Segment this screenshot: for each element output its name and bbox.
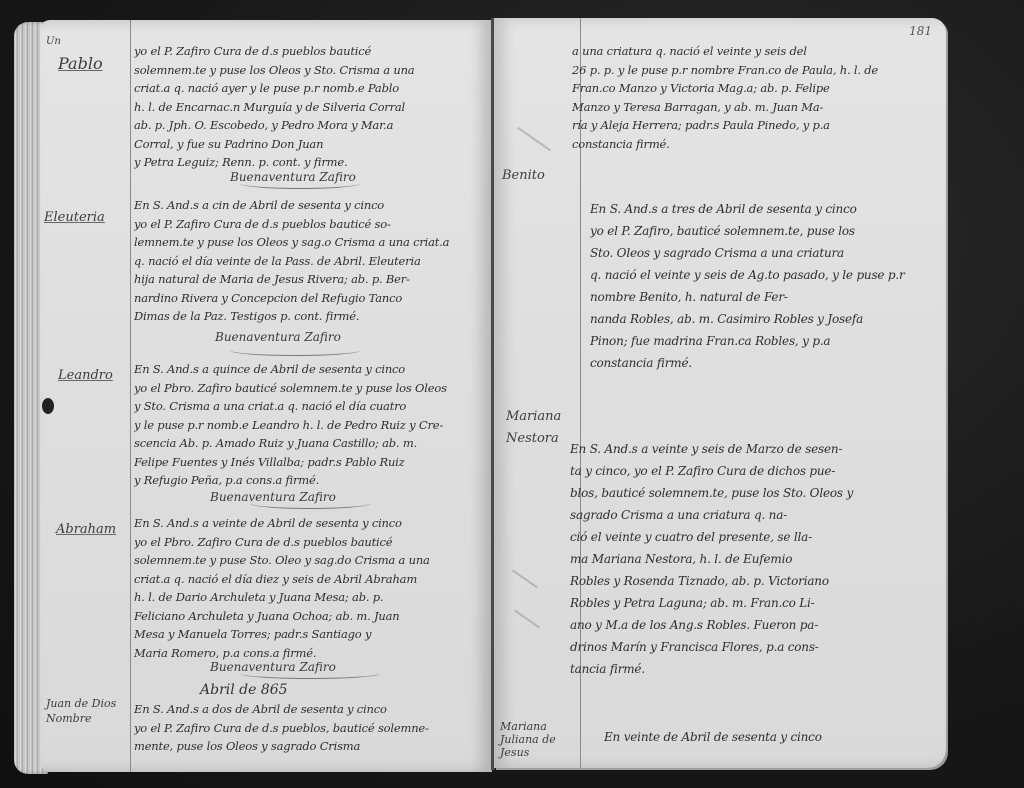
entry-mariana-nestora: En S. And.s a veinte y seis de Marzo de …	[570, 438, 936, 680]
right-page: 181 a una criatura q. nació el veinte y …	[494, 18, 946, 768]
margin-name-eleuteria: Eleuteria	[44, 210, 105, 225]
margin-name-juan: Juan de Dios Nombre	[46, 696, 126, 726]
margin-name-mariana-nestora: Mariana Nestora	[506, 406, 576, 450]
signature-flourish	[240, 178, 360, 189]
ink-blot	[42, 398, 54, 414]
signature-flourish	[250, 498, 370, 509]
entry-juan: En S. And.s a dos de Abril de sesenta y …	[134, 700, 489, 756]
entry-pablo: yo el P. Zafiro Cura de d.s pueblos baut…	[134, 42, 489, 172]
signature-flourish	[240, 668, 380, 679]
bleed-through-mark	[514, 610, 540, 629]
margin-name-benito: Benito	[502, 168, 545, 183]
margin-rule	[130, 20, 131, 772]
left-page: Un Pablo yo el P. Zafiro Cura de d.s pue…	[40, 20, 492, 772]
margin-prefix: Un	[46, 34, 61, 49]
margin-name-leandro: Leandro	[58, 368, 113, 383]
entry-leandro: En S. And.s a quince de Abril de sesenta…	[134, 360, 489, 490]
entry-mariana-juliana: En veinte de Abril de sesenta y cinco	[604, 728, 934, 747]
page-number: 181	[909, 24, 932, 38]
signature: Buenaventura Zafiro	[215, 330, 341, 344]
margin-name-pablo: Pablo	[58, 56, 103, 71]
section-heading: Abril de 865	[200, 682, 288, 698]
bleed-through-mark	[512, 570, 538, 589]
entry-benito: En S. And.s a tres de Abril de sesenta y…	[590, 198, 940, 374]
entry-continuation: a una criatura q. nació el veinte y seis…	[572, 42, 932, 153]
bleed-through-mark	[517, 127, 551, 152]
signature-flourish	[230, 345, 360, 356]
margin-name-mariana-juliana: Mariana Juliana de Jesus	[500, 720, 582, 759]
margin-name-abraham: Abraham	[56, 522, 116, 537]
entry-eleuteria: En S. And.s a cin de Abril de sesenta y …	[134, 196, 489, 326]
entry-abraham: En S. And.s a veinte de Abril de sesenta…	[134, 514, 489, 662]
